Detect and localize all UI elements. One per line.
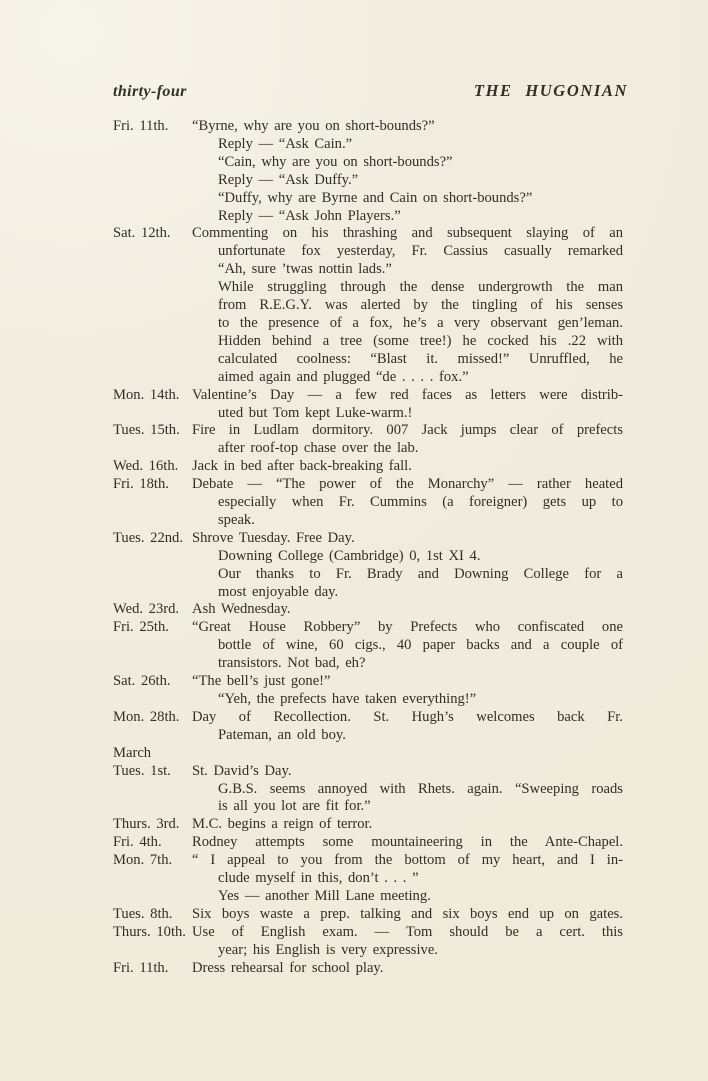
entry-line: Valentine’s Day — a few red faces as let… bbox=[192, 387, 623, 405]
diary-entry: Tues. 15th.Fire in Ludlam dormitory. 007… bbox=[113, 422, 628, 458]
diary-entry: Sat. 12th.Commenting on his thrashing an… bbox=[113, 225, 628, 386]
entry-content: “ I appeal to you from the bottom of my … bbox=[192, 852, 623, 906]
entry-line: Jack in bed after back-breaking fall. bbox=[192, 458, 623, 476]
entry-date: Fri. 4th. bbox=[113, 834, 192, 852]
entry-line: from R.E.G.Y. was alerted by the tinglin… bbox=[192, 297, 623, 315]
entry-date: Tues. 22nd. bbox=[113, 530, 192, 602]
entry-line: Day of Recollection. St. Hugh’s welcomes… bbox=[192, 709, 623, 727]
entry-date: Mon. 7th. bbox=[113, 852, 192, 906]
entry-content: Debate — “The power of the Monarchy” — r… bbox=[192, 476, 623, 530]
entry-content: Dress rehearsal for school play. bbox=[192, 960, 623, 978]
entry-line: Six boys waste a prep. talking and six b… bbox=[192, 906, 623, 924]
entry-line: bottle of wine, 60 cigs., 40 paper backs… bbox=[192, 637, 623, 655]
entry-line: year; his English is very expressive. bbox=[192, 942, 623, 960]
entry-date: Tues. 15th. bbox=[113, 422, 192, 458]
diary-entry: Fri. 18th.Debate — “The power of the Mon… bbox=[113, 476, 628, 530]
entry-line: G.B.S. seems annoyed with Rhets. again. … bbox=[192, 781, 623, 799]
entry-line: uted but Tom kept Luke-warm.! bbox=[192, 405, 623, 423]
diary-entries: Fri. 11th.“Byrne, why are you on short-b… bbox=[113, 118, 628, 978]
entry-line: Reply — “Ask Cain.” bbox=[192, 136, 623, 154]
diary-entry: Fri. 11th.“Byrne, why are you on short-b… bbox=[113, 118, 628, 225]
diary-entry: Thurs. 3rd.M.C. begins a reign of terror… bbox=[113, 816, 628, 834]
entry-line: unfortunate fox yesterday, Fr. Cassius c… bbox=[192, 243, 623, 261]
entry-line: “Great House Robbery” by Prefects who co… bbox=[192, 619, 623, 637]
entry-date: Fri. 25th. bbox=[113, 619, 192, 673]
diary-entry: Fri. 4th.Rodney attempts some mountainee… bbox=[113, 834, 628, 852]
entry-line: Shrove Tuesday. Free Day. bbox=[192, 530, 623, 548]
entry-date: Fri. 18th. bbox=[113, 476, 192, 530]
diary-entry: Thurs. 10th.Use of English exam. — Tom s… bbox=[113, 924, 628, 960]
entry-content: St. David’s Day.G.B.S. seems annoyed wit… bbox=[192, 763, 623, 817]
entry-line: Dress rehearsal for school play. bbox=[192, 960, 623, 978]
entry-line: Reply — “Ask John Players.” bbox=[192, 208, 623, 226]
entry-content: Shrove Tuesday. Free Day.Downing College… bbox=[192, 530, 623, 602]
entry-date: Sat. 26th. bbox=[113, 673, 192, 709]
diary-entry: Fri. 25th.“Great House Robbery” by Prefe… bbox=[113, 619, 628, 673]
entry-content: M.C. begins a reign of terror. bbox=[192, 816, 623, 834]
diary-entry: Fri. 11th.Dress rehearsal for school pla… bbox=[113, 960, 628, 978]
entry-line: “Duffy, why are Byrne and Cain on short-… bbox=[192, 190, 623, 208]
entry-content: Jack in bed after back-breaking fall. bbox=[192, 458, 623, 476]
entry-line: M.C. begins a reign of terror. bbox=[192, 816, 623, 834]
diary-entry: Mon. 28th.Day of Recollection. St. Hugh’… bbox=[113, 709, 628, 745]
entry-line: Reply — “Ask Duffy.” bbox=[192, 172, 623, 190]
entry-line: “Byrne, why are you on short-bounds?” bbox=[192, 118, 623, 136]
entry-line: Yes — another Mill Lane meeting. bbox=[192, 888, 623, 906]
entry-content: Six boys waste a prep. talking and six b… bbox=[192, 906, 623, 924]
entry-date: Sat. 12th. bbox=[113, 225, 192, 386]
entry-line: “Ah, sure ’twas nottin lads.” bbox=[192, 261, 623, 279]
entry-content: Day of Recollection. St. Hugh’s welcomes… bbox=[192, 709, 623, 745]
entry-line: speak. bbox=[192, 512, 623, 530]
page-header: thirty-four THE HUGONIAN bbox=[113, 82, 628, 101]
entry-line: after roof-top chase over the lab. bbox=[192, 440, 623, 458]
entry-line: Rodney attempts some mountaineering in t… bbox=[192, 834, 623, 852]
entry-line: transistors. Not bad, eh? bbox=[192, 655, 623, 673]
entry-date: Wed. 23rd. bbox=[113, 601, 192, 619]
entry-content bbox=[192, 745, 623, 763]
entry-date: March bbox=[113, 745, 192, 763]
entry-content: Rodney attempts some mountaineering in t… bbox=[192, 834, 623, 852]
entry-line: Pateman, an old boy. bbox=[192, 727, 623, 745]
entry-date: Tues. 8th. bbox=[113, 906, 192, 924]
diary-entry: Tues. 1st.St. David’s Day.G.B.S. seems a… bbox=[113, 763, 628, 817]
entry-content: Use of English exam. — Tom should be a c… bbox=[192, 924, 623, 960]
entry-line: “ I appeal to you from the bottom of my … bbox=[192, 852, 623, 870]
entry-line: St. David’s Day. bbox=[192, 763, 623, 781]
magazine-page: thirty-four THE HUGONIAN Fri. 11th.“Byrn… bbox=[0, 0, 708, 1081]
entry-content: Commenting on his thrashing and subseque… bbox=[192, 225, 623, 386]
diary-entry: March bbox=[113, 745, 628, 763]
entry-line: Fire in Ludlam dormitory. 007 Jack jumps… bbox=[192, 422, 623, 440]
entry-line: “The bell’s just gone!” bbox=[192, 673, 623, 691]
entry-date: Mon. 28th. bbox=[113, 709, 192, 745]
entry-line: clude myself in this, don’t . . . ” bbox=[192, 870, 623, 888]
entry-line: Use of English exam. — Tom should be a c… bbox=[192, 924, 623, 942]
entry-line: “Cain, why are you on short-bounds?” bbox=[192, 154, 623, 172]
entry-line: Hidden behind a tree (some tree!) he coc… bbox=[192, 333, 623, 351]
entry-line: Our thanks to Fr. Brady and Downing Coll… bbox=[192, 566, 623, 584]
entry-content: “Byrne, why are you on short-bounds?”Rep… bbox=[192, 118, 623, 225]
entry-line: to the presence of a fox, he’s a very ob… bbox=[192, 315, 623, 333]
entry-line: Debate — “The power of the Monarchy” — r… bbox=[192, 476, 623, 494]
entry-content: “The bell’s just gone!”“Yeh, the prefect… bbox=[192, 673, 623, 709]
entry-line: While struggling through the dense under… bbox=[192, 279, 623, 297]
entry-line: Downing College (Cambridge) 0, 1st XI 4. bbox=[192, 548, 623, 566]
entry-date: Tues. 1st. bbox=[113, 763, 192, 817]
entry-line: “Yeh, the prefects have taken everything… bbox=[192, 691, 623, 709]
entry-content: Fire in Ludlam dormitory. 007 Jack jumps… bbox=[192, 422, 623, 458]
diary-entry: Mon. 7th.“ I appeal to you from the bott… bbox=[113, 852, 628, 906]
diary-entry: Wed. 23rd.Ash Wednesday. bbox=[113, 601, 628, 619]
entry-line: aimed again and plugged “de . . . . fox.… bbox=[192, 369, 623, 387]
entry-content: Valentine’s Day — a few red faces as let… bbox=[192, 387, 623, 423]
entry-content: Ash Wednesday. bbox=[192, 601, 623, 619]
diary-entry: Sat. 26th.“The bell’s just gone!”“Yeh, t… bbox=[113, 673, 628, 709]
entry-line: most enjoyable day. bbox=[192, 584, 623, 602]
entry-line: Commenting on his thrashing and subseque… bbox=[192, 225, 623, 243]
diary-entry: Tues. 8th.Six boys waste a prep. talking… bbox=[113, 906, 628, 924]
entry-date: Fri. 11th. bbox=[113, 960, 192, 978]
diary-entry: Mon. 14th.Valentine’s Day — a few red fa… bbox=[113, 387, 628, 423]
entry-line: is all you lot are fit for.” bbox=[192, 798, 623, 816]
entry-line: especially when Fr. Cummins (a foreigner… bbox=[192, 494, 623, 512]
diary-entry: Wed. 16th.Jack in bed after back-breakin… bbox=[113, 458, 628, 476]
entry-date: Thurs. 10th. bbox=[113, 924, 192, 960]
magazine-title: THE HUGONIAN bbox=[474, 82, 628, 100]
entry-line: Ash Wednesday. bbox=[192, 601, 623, 619]
entry-line: calculated coolness: “Blast it. missed!”… bbox=[192, 351, 623, 369]
entry-date: Mon. 14th. bbox=[113, 387, 192, 423]
page-number: thirty-four bbox=[113, 83, 187, 101]
entry-date: Thurs. 3rd. bbox=[113, 816, 192, 834]
entry-date: Fri. 11th. bbox=[113, 118, 192, 225]
diary-entry: Tues. 22nd.Shrove Tuesday. Free Day.Down… bbox=[113, 530, 628, 602]
entry-date: Wed. 16th. bbox=[113, 458, 192, 476]
entry-content: “Great House Robbery” by Prefects who co… bbox=[192, 619, 623, 673]
